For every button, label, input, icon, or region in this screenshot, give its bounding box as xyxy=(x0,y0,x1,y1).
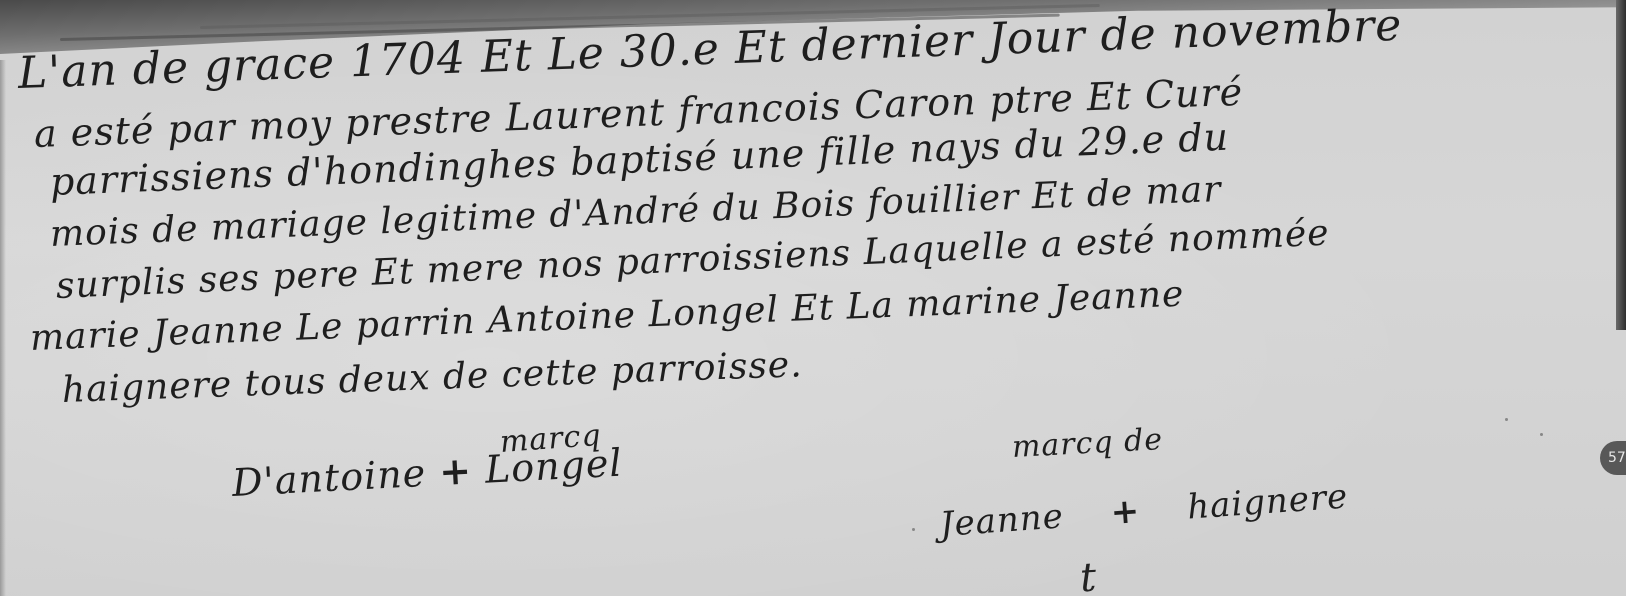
cross-mark-icon: + xyxy=(1109,491,1141,533)
godfather-name-suffix: Longel xyxy=(484,441,624,492)
paper-speck xyxy=(1505,418,1508,421)
godfather-signature: D'antoine + Longel xyxy=(231,440,624,505)
godmother-name-prefix: Jeanne xyxy=(939,496,1065,545)
paper-speck xyxy=(1540,433,1543,436)
document-viewer: L'an de grace 1704 Et Le 30.e Et dernier… xyxy=(0,0,1626,596)
paper-speck xyxy=(912,528,915,531)
godmother-signature: Jeanne + haignere xyxy=(939,477,1350,545)
page-number-badge[interactable]: 572 xyxy=(1600,441,1626,475)
godmother-mark-label: marcq de xyxy=(1011,422,1164,465)
cropped-next-entry: t xyxy=(1079,555,1097,596)
cross-mark-icon: + xyxy=(438,447,473,494)
record-line-7: haignere tous deux de cette parroisse. xyxy=(61,344,803,411)
binding-edge xyxy=(1616,0,1626,330)
page-edge xyxy=(0,60,6,596)
godfather-name-prefix: D'antoine xyxy=(231,451,427,505)
godmother-name-suffix: haignere xyxy=(1186,477,1350,528)
